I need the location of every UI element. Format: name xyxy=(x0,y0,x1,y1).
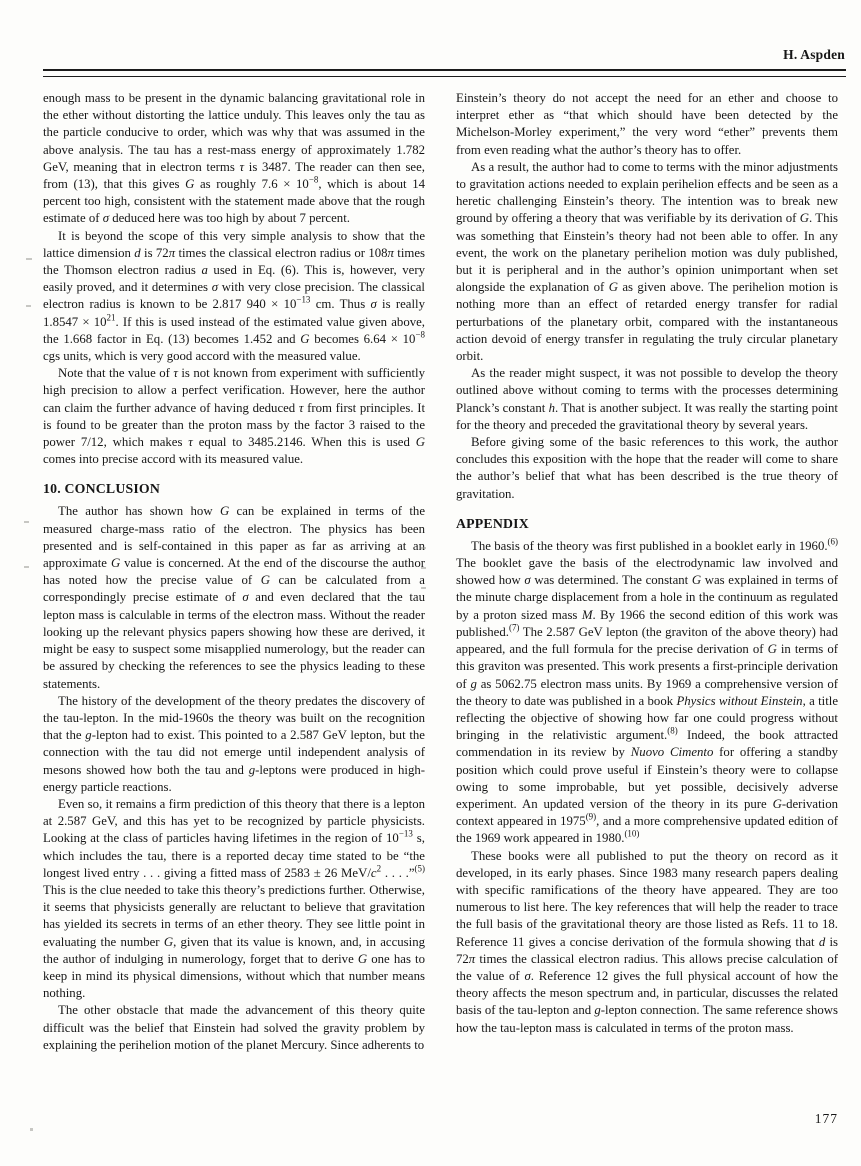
paragraph: As a result, the author had to come to t… xyxy=(456,159,838,365)
paragraph: enough mass to be present in the dynamic… xyxy=(43,90,425,228)
paragraph: Even so, it remains a firm prediction of… xyxy=(43,796,425,1002)
page-body: enough mass to be present in the dynamic… xyxy=(43,90,838,1054)
scan-artifact xyxy=(421,587,426,589)
paragraph: Before giving some of the basic referenc… xyxy=(456,434,838,503)
scan-artifact xyxy=(24,521,29,523)
paragraph: It is beyond the scope of this very simp… xyxy=(43,228,425,366)
scan-artifact xyxy=(26,305,31,307)
section-heading: APPENDIX xyxy=(456,516,838,532)
scan-artifact xyxy=(421,567,426,569)
scan-artifact xyxy=(24,566,29,568)
paragraph: As the reader might suspect, it was not … xyxy=(456,365,838,434)
page-number: 177 xyxy=(815,1111,838,1127)
paragraph: The author has shown how G can be explai… xyxy=(43,503,425,692)
scan-artifact xyxy=(421,547,426,549)
scan-artifact xyxy=(30,1128,33,1131)
paragraph: Einstein’s theory do not accept the need… xyxy=(456,90,838,159)
paragraph: The history of the development of the th… xyxy=(43,693,425,796)
paragraph: The basis of the theory was first publis… xyxy=(456,538,838,848)
paragraph: These books were all published to put th… xyxy=(456,848,838,1037)
left-column: enough mass to be present in the dynamic… xyxy=(43,90,425,1054)
right-column: Einstein’s theory do not accept the need… xyxy=(456,90,838,1054)
paper-page: H. Aspden enough mass to be present in t… xyxy=(0,0,861,1166)
paragraph: The other obstacle that made the advance… xyxy=(43,1002,425,1054)
section-heading: 10. CONCLUSION xyxy=(43,481,425,497)
running-head-author: H. Aspden xyxy=(783,47,845,63)
paragraph: Note that the value of τ is not known fr… xyxy=(43,365,425,468)
scan-artifact xyxy=(26,258,32,260)
header-rule xyxy=(43,69,846,77)
